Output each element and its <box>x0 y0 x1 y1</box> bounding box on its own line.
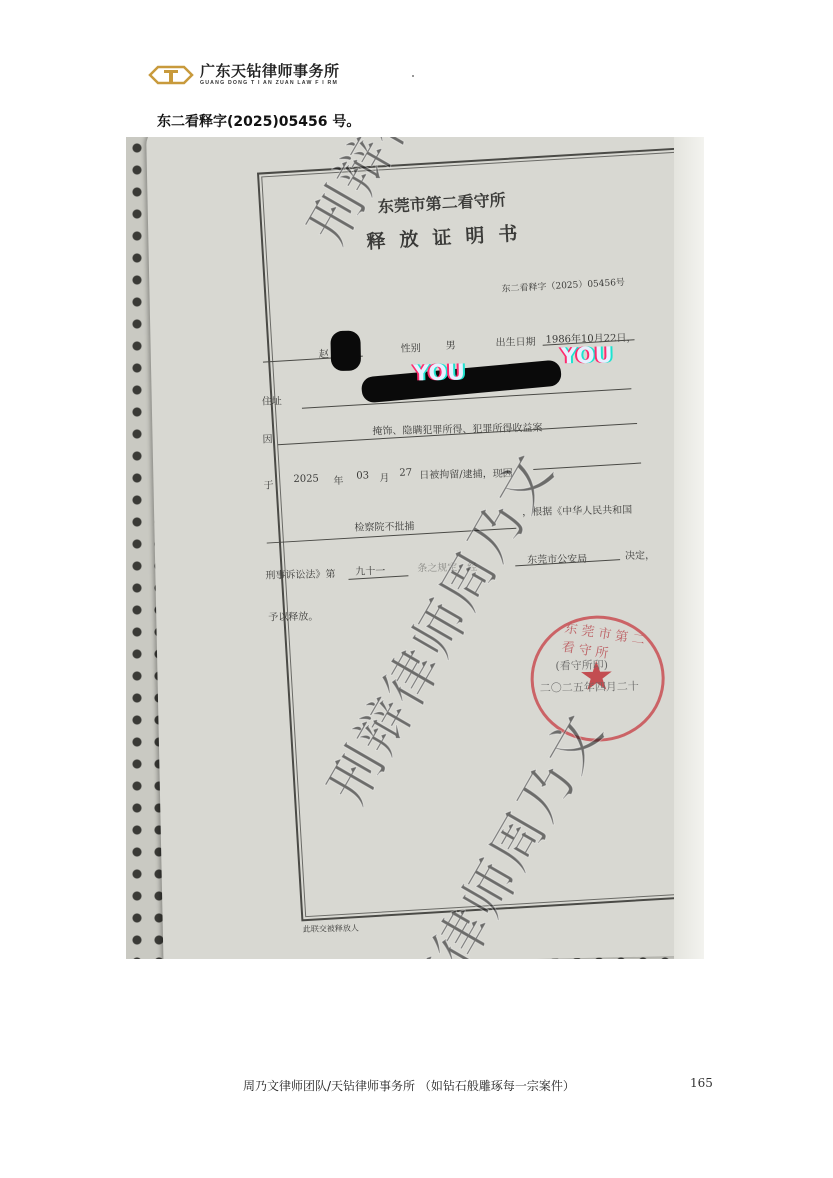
redaction-text: YOU <box>561 343 613 369</box>
stray-dot <box>412 75 414 77</box>
firm-name-en: GUANG DONG T I AN ZUAN LAW F I RM <box>200 81 340 86</box>
seal-date: 二〇二五年四月二十 <box>540 678 639 696</box>
cause-value: 检察院不批捕 <box>354 517 414 533</box>
redaction-text: YOU <box>413 360 465 386</box>
release-text: 予以释放。 <box>268 608 318 624</box>
redaction-mark <box>330 331 361 372</box>
law-text: 刑事诉讼法》第 <box>265 565 335 581</box>
article-value: 九十一 <box>355 562 385 578</box>
certificate-footnote: 此联交被释放人 <box>303 923 359 935</box>
gender-value: 男 <box>445 337 455 352</box>
firm-name-cn: 广东天钻律师事务所 <box>200 64 340 79</box>
certificate-paper: 东莞市第二看守所 释放证明书 东二看释字（2025）05456号 赵 性别 男 … <box>146 137 704 959</box>
address-label: 住址 <box>262 392 282 407</box>
gender-label: 性别 <box>401 339 421 354</box>
page-footer: 周乃文律师团队/天钻律师事务所 （如钻石般雕琢每一宗案件） <box>243 1077 575 1094</box>
page-number: 165 <box>690 1076 713 1090</box>
detention-year: 2025 <box>293 473 319 485</box>
year-unit: 年 <box>333 472 343 487</box>
date-prefix: 于 <box>263 476 273 491</box>
seal-inner-text: (看守所印) <box>555 656 608 673</box>
detention-month: 03 <box>356 470 369 481</box>
release-certificate-photo: 东莞市第二看守所 释放证明书 东二看释字（2025）05456号 赵 性别 男 … <box>126 137 704 959</box>
reason-label: 因 <box>262 430 272 445</box>
birth-label: 出生日期 <box>495 333 535 349</box>
month-unit: 月 <box>379 469 389 484</box>
diamond-t-logo-icon <box>148 63 194 87</box>
section-title: 东二看释字(2025)05456 号。 <box>157 111 360 131</box>
decision-text: 决定， <box>625 546 655 562</box>
paper-edge <box>674 137 704 959</box>
detention-day: 27 <box>399 468 412 479</box>
firm-header: 广东天钻律师事务所 GUANG DONG T I AN ZUAN LAW F I… <box>148 60 340 90</box>
